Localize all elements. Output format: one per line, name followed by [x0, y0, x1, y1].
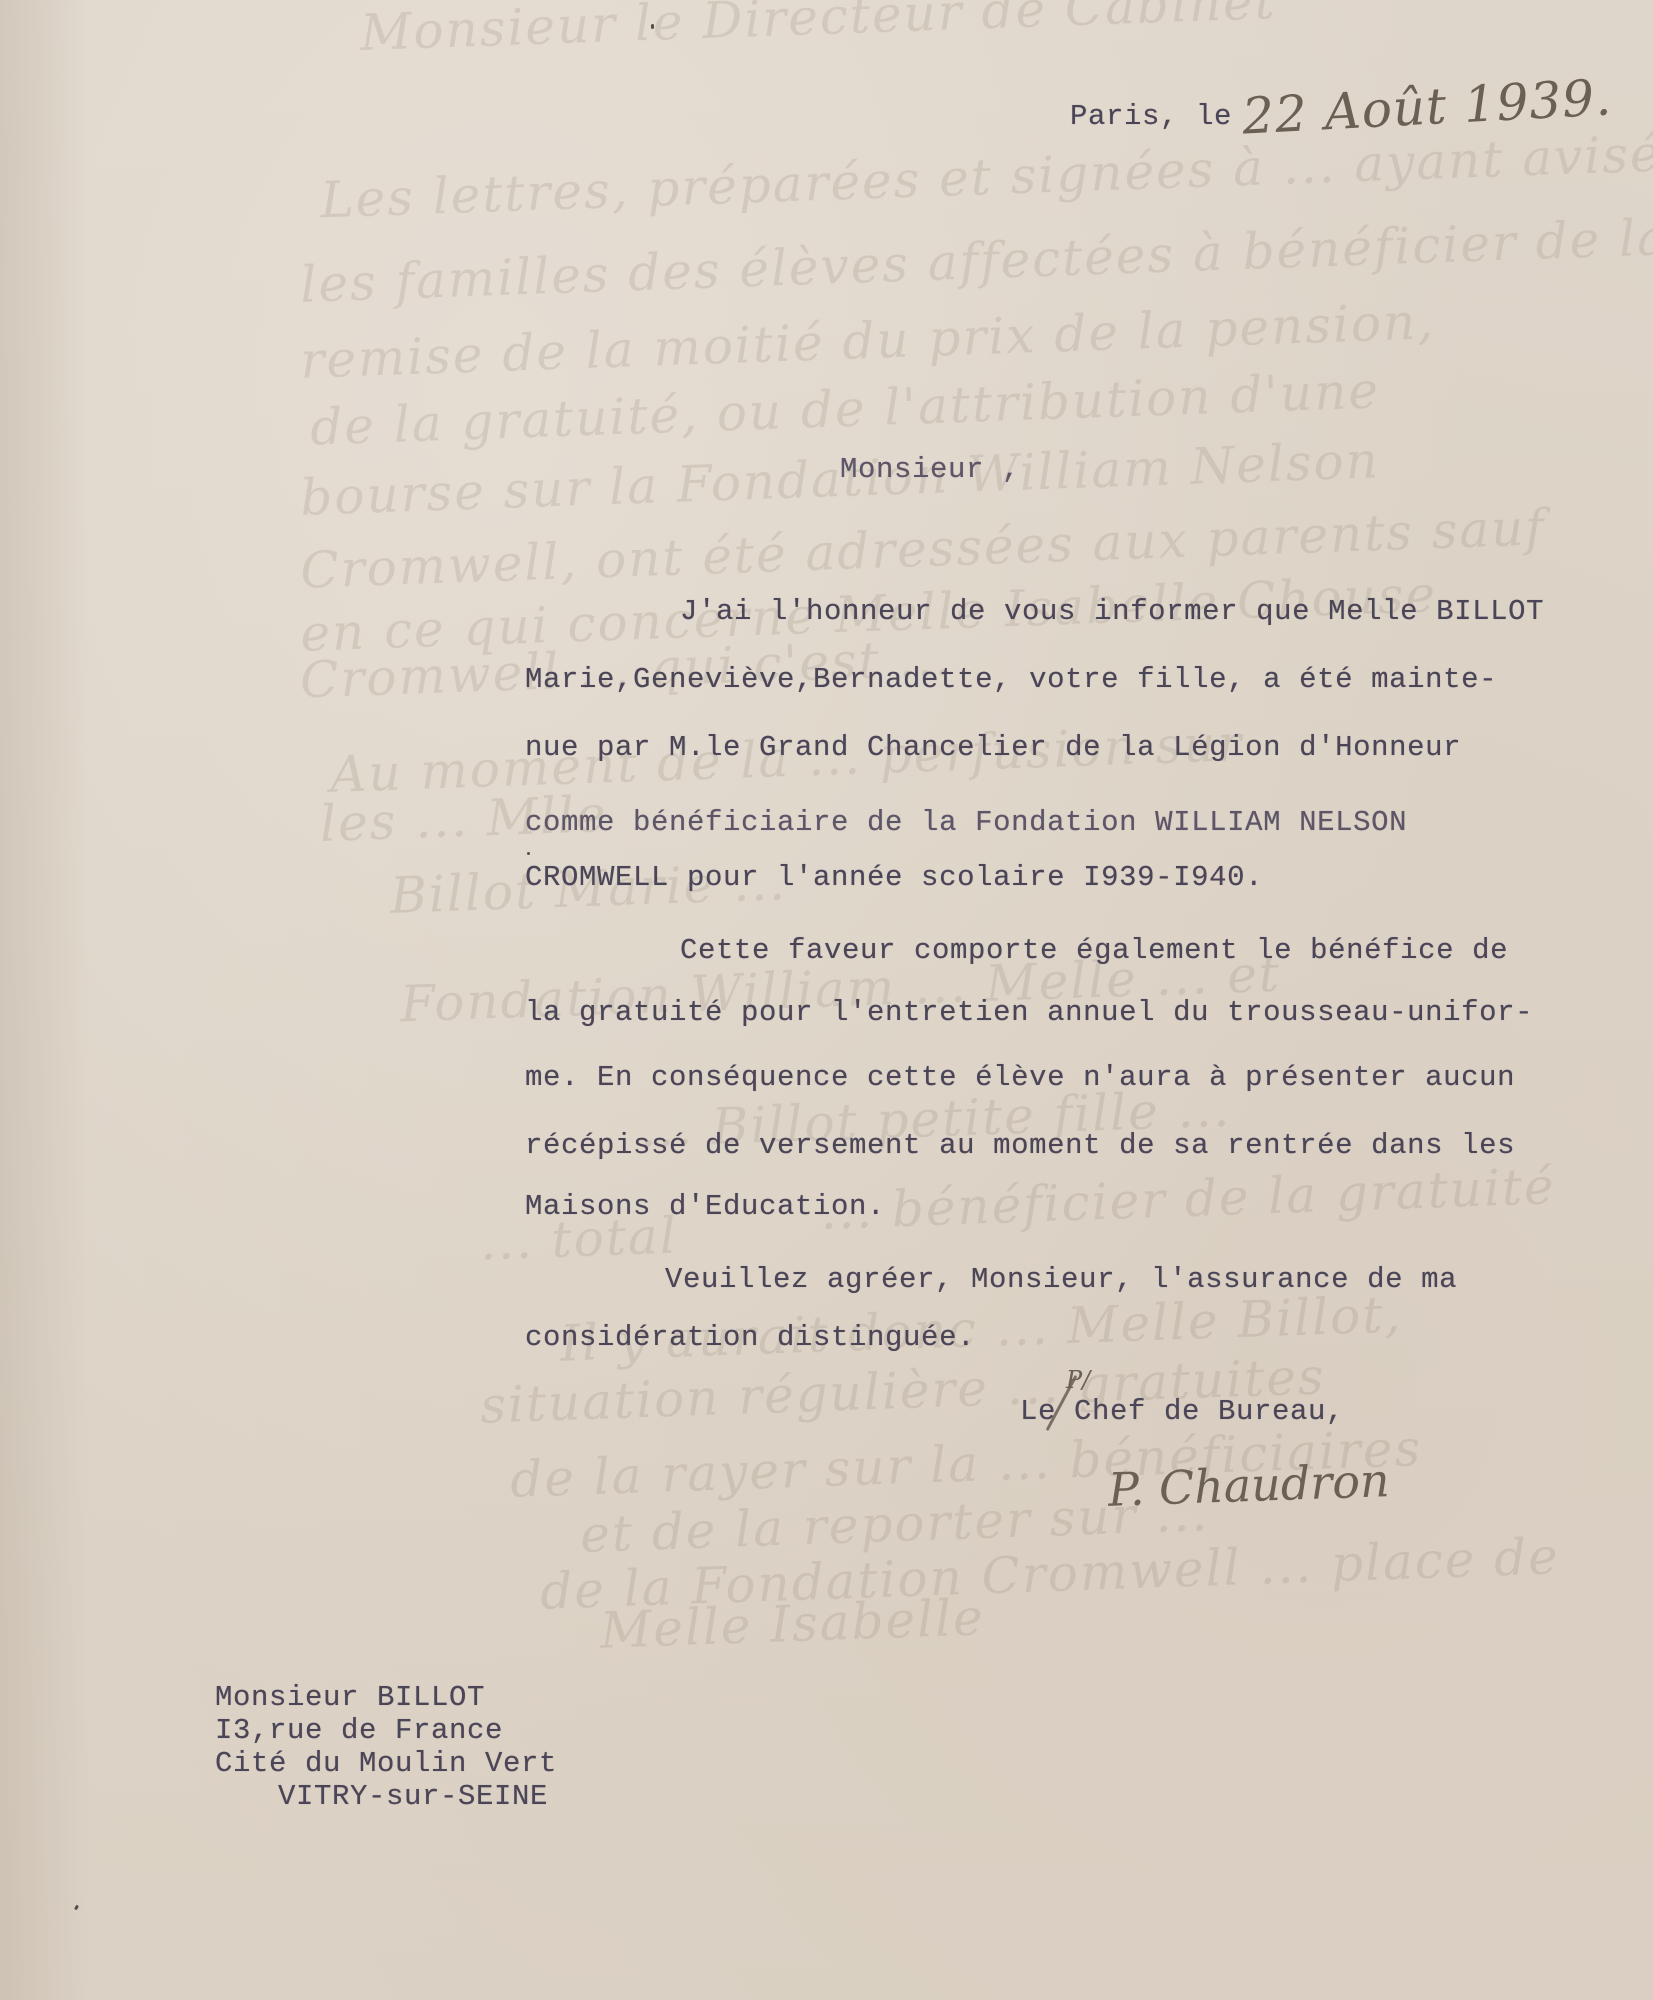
addressee-line: Monsieur BILLOT	[215, 1683, 485, 1712]
signatory-title: Le Chef de Bureau,	[1020, 1397, 1344, 1426]
per-procuration-mark: P/	[1066, 1366, 1090, 1394]
body-line: la gratuité pour l'entretien annuel du t…	[525, 998, 1533, 1027]
handwritten-signature: P. Chaudron	[1107, 1453, 1390, 1517]
body-line: considération distinguée.	[525, 1323, 975, 1352]
bleed-line: Les lettres, préparées et signées à ... …	[319, 125, 1653, 230]
body-line: Veuillez agréer, Monsieur, l'assurance d…	[665, 1265, 1457, 1294]
salutation: Monsieur ,	[840, 455, 1020, 484]
bleed-line: les familles des élèves affectées à béné…	[299, 208, 1653, 314]
body-line: Marie,Geneviève,Bernadette, votre fille,…	[525, 665, 1497, 694]
paper-speck	[527, 852, 530, 855]
body-line: Maisons d'Education.	[525, 1192, 885, 1221]
addressee-line: VITRY-sur-SEINE	[278, 1782, 548, 1811]
body-line: J'ai l'honneur de vous informer que Mell…	[680, 597, 1544, 626]
letter-page: Monsieur le Directeur de Cabinet Les let…	[0, 0, 1653, 2000]
body-line: Cette faveur comporte également le bénéf…	[680, 936, 1508, 965]
body-line: comme bénéficiaire de la Fondation WILLI…	[525, 808, 1407, 837]
paper-speck	[651, 24, 654, 29]
bleed-line: Monsieur le Directeur de Cabinet	[359, 0, 1277, 62]
body-line: me. En conséquence cette élève n'aura à …	[525, 1063, 1515, 1092]
body-line: récépissé de versement au moment de sa r…	[525, 1131, 1515, 1160]
bleed-line: Melle Isabelle	[599, 1588, 985, 1659]
body-line: nue par M.le Grand Chancelier de la Légi…	[525, 733, 1461, 762]
addressee-line: I3,rue de France	[215, 1716, 503, 1745]
date-line: Paris, le 22 Août 1939.	[1070, 78, 1612, 136]
body-line: CROMWELL pour l'année scolaire I939-I940…	[525, 863, 1263, 892]
handwritten-date: 22 Août 1939.	[1241, 68, 1614, 145]
place-label: Paris, le	[1070, 102, 1232, 131]
bleed-line: ... bénéficier de la gratuité	[819, 1157, 1556, 1241]
addressee-line: Cité du Moulin Vert	[215, 1749, 557, 1778]
paper-edge-shadow	[0, 0, 90, 2000]
